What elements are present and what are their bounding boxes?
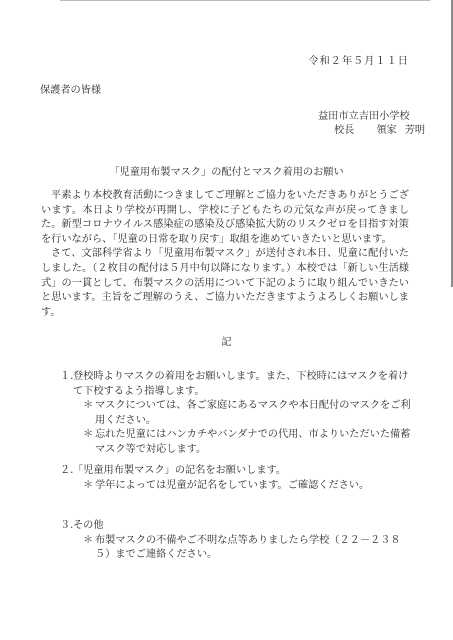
list-item-2: ２. 「児童用布製マスク」の記名をお願いします。 ＊ 学年によっては児童が記名を… — [60, 464, 412, 493]
sender-role: 校長 — [334, 124, 354, 139]
sender-surname: 領家 — [376, 124, 396, 139]
item-number: １. — [60, 370, 73, 399]
note-text: 忘れた児童にはハンカチやバンダナでの代用、市よりいただいた備蓄マスク等で対応しま… — [95, 428, 412, 457]
item-note: ＊ 忘れた児童にはハンカチやバンダナでの代用、市よりいただいた備蓄マスク等で対応… — [83, 428, 412, 457]
body-paragraph: 平素より本校教育活動につきましてご理解とご協力をいただきありがとうございます。本… — [41, 189, 409, 247]
list-item-3: ３. その他 ＊ 布製マスクの不備やご不明な点等ありましたら学校（２２－２３８５… — [60, 519, 412, 563]
asterisk-marker: ＊ — [83, 428, 95, 457]
sender-school: 益田市立吉田小学校 — [318, 110, 410, 125]
body-text: 平素より本校教育活動につきましてご理解とご協力をいただきありがとうございます。本… — [41, 189, 409, 320]
addressee: 保護者の皆様 — [40, 84, 101, 99]
item-note: ＊ マスクについては、各ご家庭にあるマスクや本日配付のマスクをご利用ください。 — [83, 399, 412, 428]
list-item-1: １. 登校時よりマスクの着用をお願いします。また、下校時にはマスクを着けて下校す… — [60, 370, 412, 458]
document-date: 令和２年５月１１日 — [308, 55, 409, 70]
document-page: 令和２年５月１１日 保護者の皆様 益田市立吉田小学校 校長領家芳明 「児童用布製… — [0, 0, 453, 640]
note-text: 学年によっては児童が記名をしています。ご確認ください。 — [95, 479, 369, 494]
scan-edge-top — [60, 0, 430, 1]
item-text: その他 — [73, 519, 412, 534]
item-number: ２. — [60, 464, 73, 479]
document-title: 「児童用布製マスク」の配付とマスク着用のお願い — [0, 166, 453, 181]
ki-heading: 記 — [0, 336, 453, 351]
sender-given-name: 芳明 — [405, 124, 425, 139]
asterisk-marker: ＊ — [83, 399, 95, 428]
sender-principal: 校長領家芳明 — [334, 124, 425, 139]
asterisk-marker: ＊ — [83, 479, 95, 494]
item-text: 「児童用布製マスク」の記名をお願いします。 — [73, 464, 412, 479]
note-text: マスクについては、各ご家庭にあるマスクや本日配付のマスクをご利用ください。 — [95, 399, 412, 428]
item-text: 登校時よりマスクの着用をお願いします。また、下校時にはマスクを着けて下校するよう… — [73, 370, 412, 399]
asterisk-marker: ＊ — [83, 534, 95, 563]
item-note: ＊ 布製マスクの不備やご不明な点等ありましたら学校（２２－２３８５）までご連絡く… — [83, 534, 412, 563]
note-text: 布製マスクの不備やご不明な点等ありましたら学校（２２－２３８５）までご連絡くださ… — [95, 534, 412, 563]
item-number: ３. — [60, 519, 73, 534]
body-paragraph: さて、文部科学省より「児童用布製マスク」が送付され本日、児童に配付いたしました。… — [41, 247, 409, 320]
item-note: ＊ 学年によっては児童が記名をしています。ご確認ください。 — [83, 479, 412, 494]
